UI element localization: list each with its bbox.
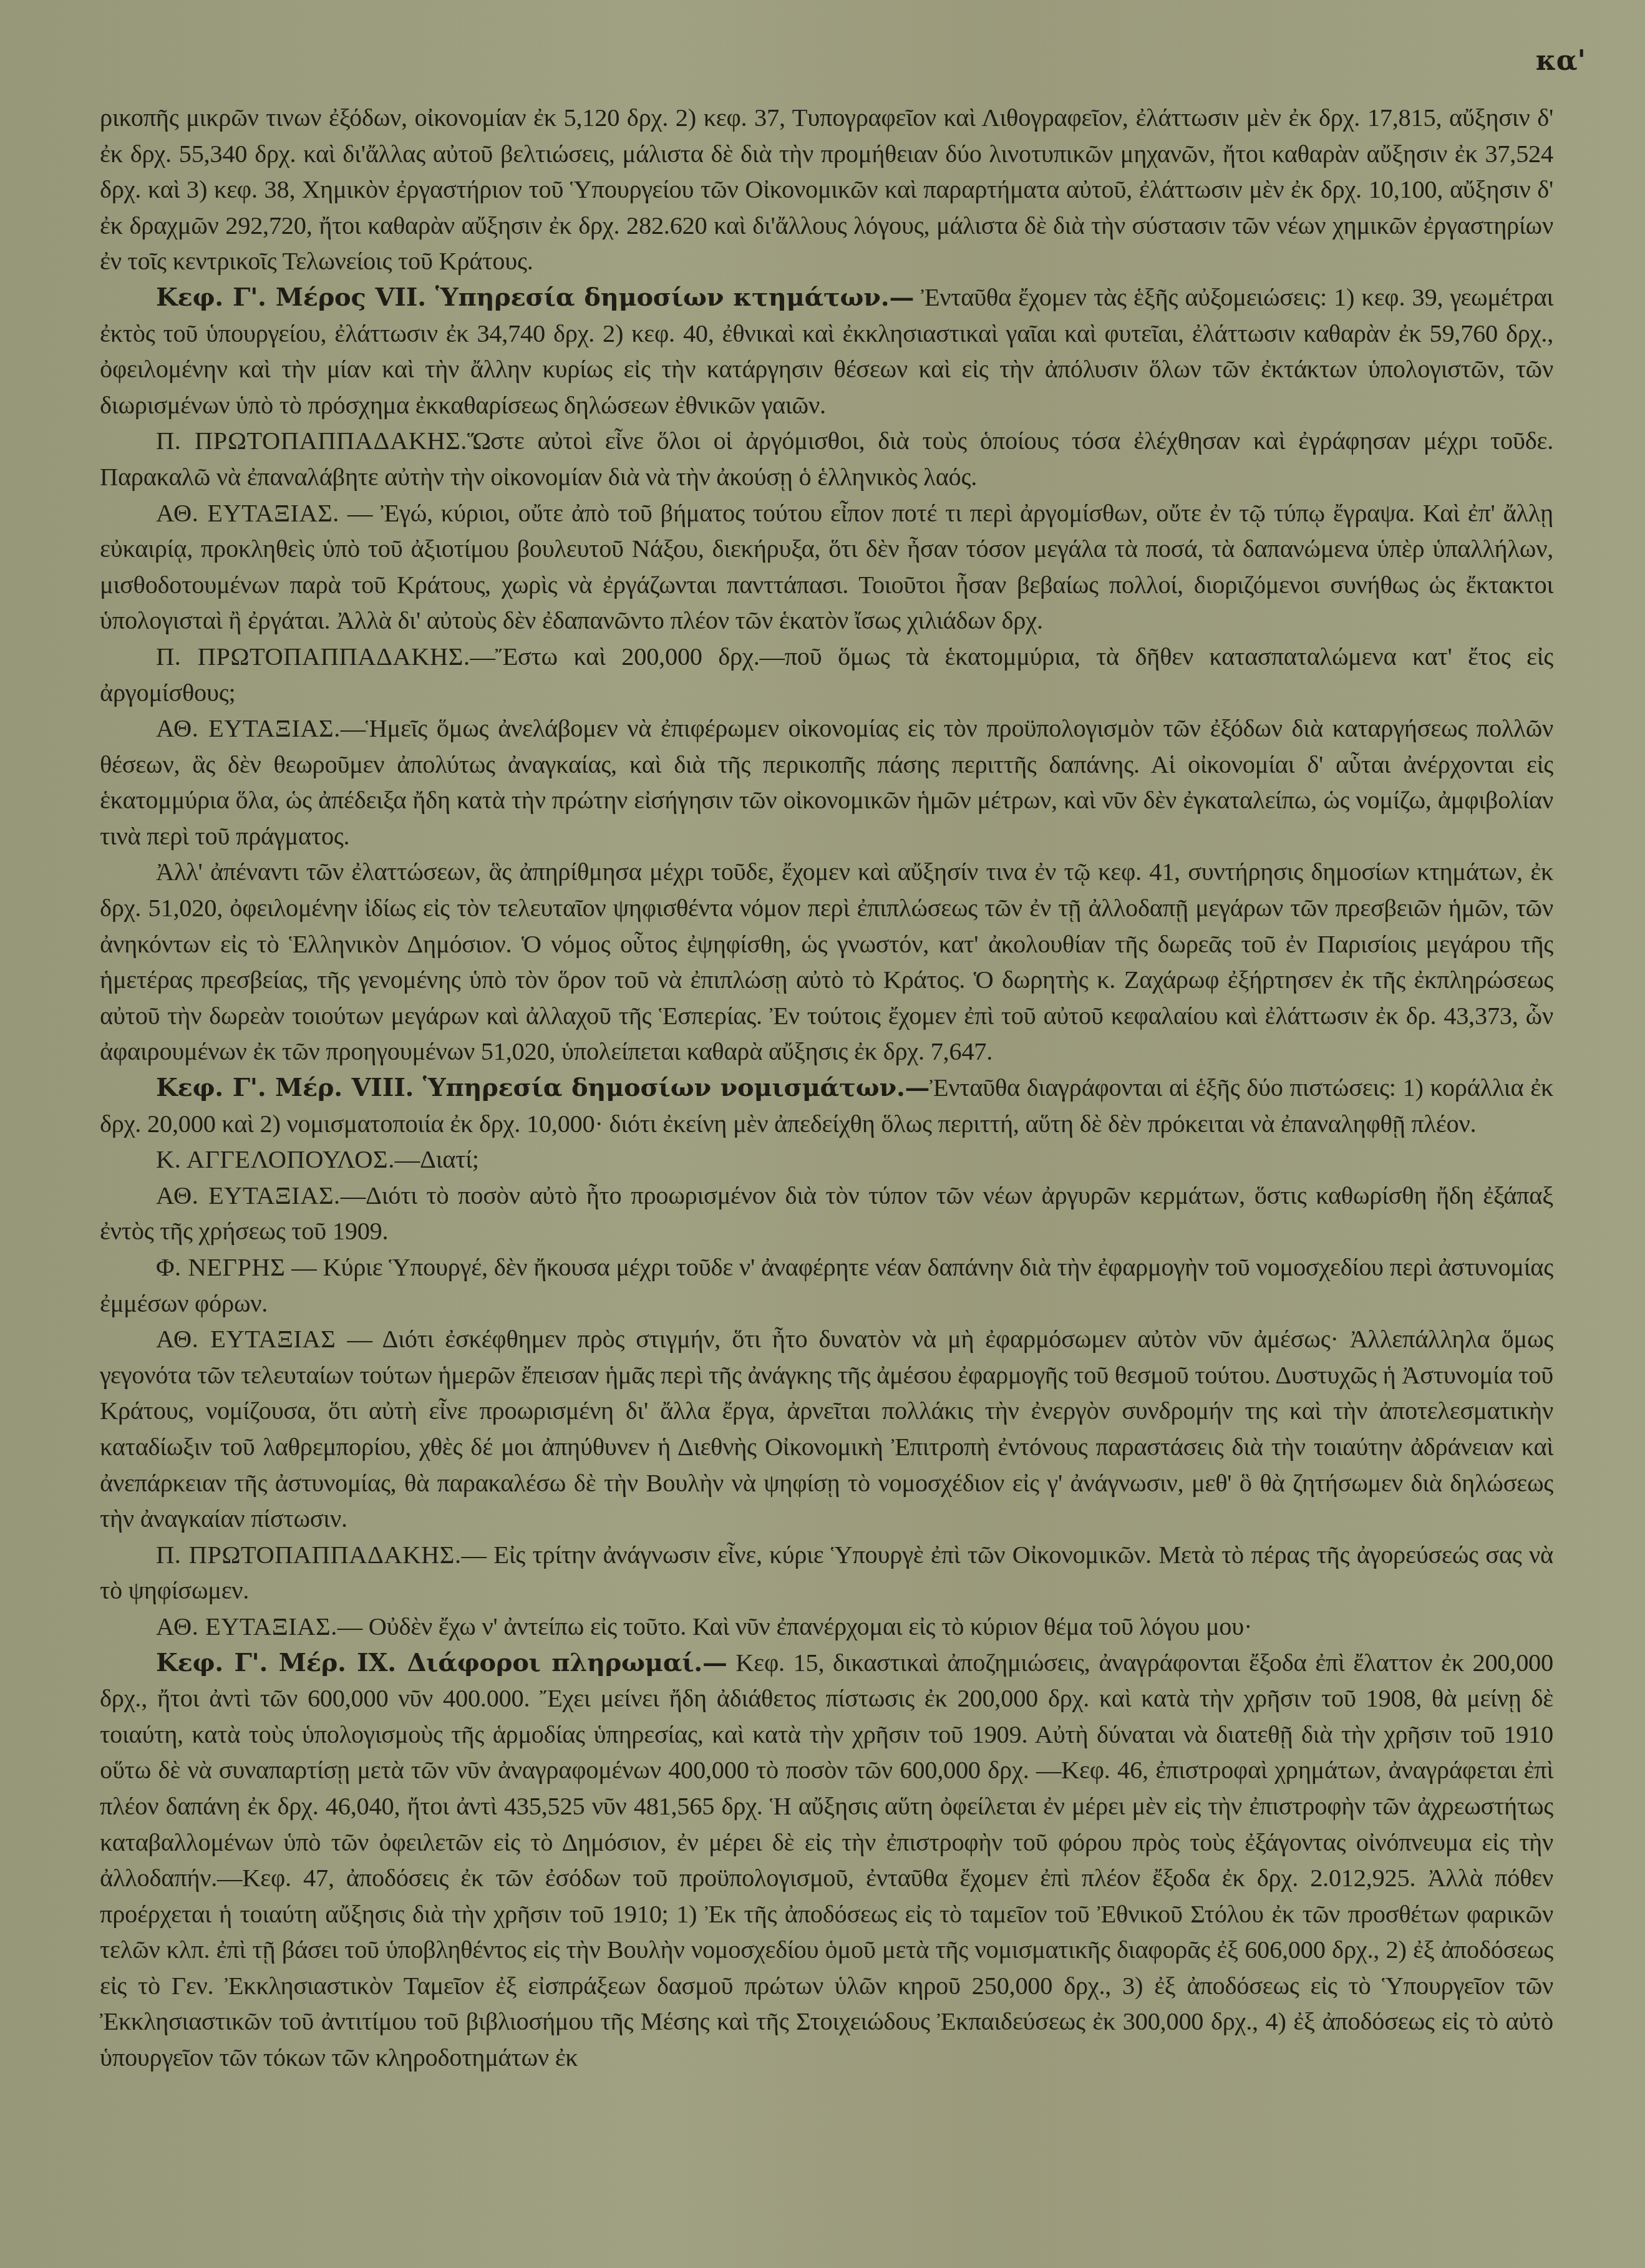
paragraph: Φ. ΝΕΓΡΗΣ — Κύριε Ὑπουργέ, δὲν ἤκουσα μέ… xyxy=(100,1249,1553,1321)
paragraph-text: Ἀλλ' ἀπέναντι τῶν ἐλαττώσεων, ἃς ἀπηρίθμ… xyxy=(100,858,1553,1065)
speaker-name: Κ. ΑΓΓΕΛΟΠΟΥΛΟΣ. xyxy=(156,1145,395,1173)
paragraph: ΑΘ. ΕΥΤΑΞΙΑΣ.—Διότι τὸ ποσὸν αὐτὸ ἦτο πρ… xyxy=(100,1178,1553,1249)
paragraph: Κεφ. Γ'. Μέρ. IX. Διάφοροι πληρωμαί.— Κε… xyxy=(100,1645,1553,2076)
paragraph: Π. ΠΡΩΤΟΠΑΠΠΑΔΑΚΗΣ.— Εἰς τρίτην ἀνάγνωσι… xyxy=(100,1537,1553,1609)
paragraph: ΑΘ. ΕΥΤΑΞΙΑΣ — Διότι ἐσκέφθημεν πρὸς στι… xyxy=(100,1321,1553,1537)
section-heading: Κεφ. Γ'. Μέρ. VIII. Ὑπηρεσία δημοσίων νο… xyxy=(156,1073,929,1102)
page-number: κα' xyxy=(1536,45,1586,77)
speaker-name: ΑΘ. ΕΥΤΑΞΙΑΣ. xyxy=(156,1181,341,1209)
section-heading: Κεφ. Γ'. Μέρος VII. Ὑπηρεσία δημοσίων κτ… xyxy=(156,283,914,312)
paragraph-text: —Διατί; xyxy=(395,1145,479,1173)
paragraph: Κ. ΑΓΓΕΛΟΠΟΥΛΟΣ.—Διατί; xyxy=(100,1141,1553,1178)
paragraph: ΑΘ. ΕΥΤΑΞΙΑΣ. — Ἐγώ, κύριοι, οὔτε ἀπὸ το… xyxy=(100,495,1553,639)
speaker-name: ΑΘ. ΕΥΤΑΞΙΑΣ. xyxy=(156,499,339,527)
section-heading: Κεφ. Γ'. Μέρ. IX. Διάφοροι πληρωμαί.— xyxy=(156,1648,727,1677)
paragraph: ρικοπῆς μικρῶν τινων ἐξόδων, οἰκονομίαν … xyxy=(100,100,1553,279)
paragraph: Κεφ. Γ'. Μέρος VII. Ὑπηρεσία δημοσίων κτ… xyxy=(100,279,1553,423)
paragraph: Ἀλλ' ἀπέναντι τῶν ἐλαττώσεων, ἃς ἀπηρίθμ… xyxy=(100,854,1553,1070)
paragraph: Κεφ. Γ'. Μέρ. VIII. Ὑπηρεσία δημοσίων νο… xyxy=(100,1070,1553,1141)
speaker-name: Φ. ΝΕΓΡΗΣ xyxy=(156,1253,285,1281)
speaker-name: Π. ΠΡΩΤΟΠΑΠΠΑΔΑΚΗΣ. xyxy=(156,642,470,671)
paragraph: ΑΘ. ΕΥΤΑΞΙΑΣ.— Οὐδὲν ἔχω ν' ἀντείπω εἰς … xyxy=(100,1609,1553,1645)
speaker-name: ΑΘ. ΕΥΤΑΞΙΑΣ xyxy=(156,1325,336,1353)
paragraph-text: ρικοπῆς μικρῶν τινων ἐξόδων, οἰκονομίαν … xyxy=(100,104,1553,275)
paragraph: Π. ΠΡΩΤΟΠΑΠΠΑΔΑΚΗΣ.Ὥστε αὐτοὶ εἶνε ὅλοι … xyxy=(100,423,1553,495)
paragraph-text: Κεφ. 15, δικαστικαὶ ἀποζημιώσεις, ἀναγρά… xyxy=(100,1649,1553,2072)
speaker-name: Π. ΠΡΩΤΟΠΑΠΠΑΔΑΚΗΣ. xyxy=(156,427,467,455)
paragraph-text: — Κύριε Ὑπουργέ, δὲν ἤκουσα μέχρι τοῦδε … xyxy=(100,1253,1553,1317)
paragraph-text: — Οὐδὲν ἔχω ν' ἀντείπω εἰς τοῦτο. Καὶ νῦ… xyxy=(337,1612,1252,1640)
body-text: ρικοπῆς μικρῶν τινων ἐξόδων, οἰκονομίαν … xyxy=(100,100,1553,2076)
paragraph: Π. ΠΡΩΤΟΠΑΠΠΑΔΑΚΗΣ.—Ἔστω καὶ 200,000 δρχ… xyxy=(100,639,1553,710)
speaker-name: ΑΘ. ΕΥΤΑΞΙΑΣ. xyxy=(156,1612,337,1640)
paragraph-text: — Διότι ἐσκέφθημεν πρὸς στιγμήν, ὅτι ἦτο… xyxy=(100,1325,1553,1533)
paragraph: ΑΘ. ΕΥΤΑΞΙΑΣ.—Ἡμεῖς ὅμως ἀνελάβομεν νὰ ἐ… xyxy=(100,710,1553,854)
document-page: κα' ρικοπῆς μικρῶν τινων ἐξόδων, οἰκονομ… xyxy=(0,0,1645,2268)
speaker-name: Π. ΠΡΩΤΟΠΑΠΠΑΔΑΚΗΣ. xyxy=(156,1541,462,1569)
speaker-name: ΑΘ. ΕΥΤΑΞΙΑΣ. xyxy=(156,714,341,742)
